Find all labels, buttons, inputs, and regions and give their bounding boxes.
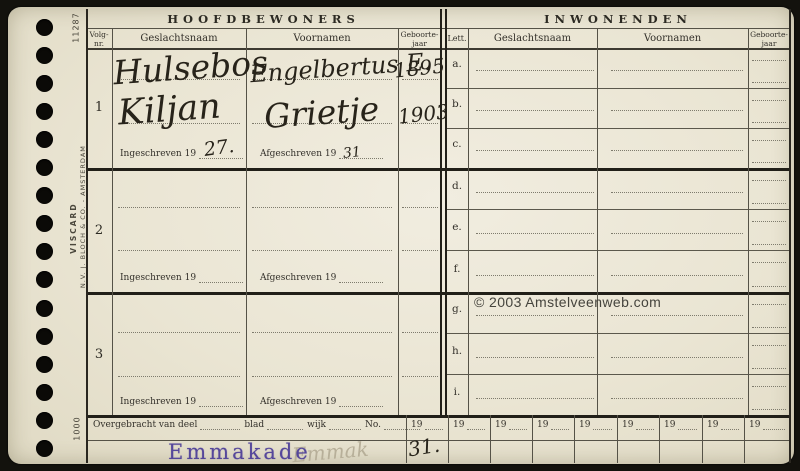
write-line: [402, 376, 438, 377]
grid-line: [446, 128, 790, 129]
afgeschreven-label-1: Afgeschreven 19: [260, 149, 383, 159]
afgeschreven-label-2: Afgeschreven 19: [260, 273, 383, 283]
section-number-2: 2: [86, 223, 112, 238]
punch-hole: [36, 271, 53, 288]
year-prefix: 19: [622, 420, 633, 430]
write-line: [752, 100, 786, 101]
year-prefix: 19: [664, 420, 675, 430]
punch-hole: [36, 300, 53, 317]
grid-line: [446, 250, 790, 251]
ingeschreven-text: Ingeschreven 19: [120, 273, 196, 283]
write-line: [611, 110, 743, 111]
year-cell: 19: [749, 420, 785, 430]
header-volgnr: Volg- nr.: [86, 31, 112, 48]
transfer-label-part: blad: [244, 420, 264, 430]
grid-line: [468, 28, 469, 415]
grid-line: [659, 415, 660, 463]
transfer-label-part: Overgebracht van deel: [93, 420, 197, 430]
write-line: [252, 376, 392, 377]
ingeschreven-text: Ingeschreven 19: [120, 397, 196, 407]
grid-line: [446, 88, 790, 89]
grid-line: [744, 415, 745, 463]
write-line: [476, 357, 594, 358]
section-divider: [86, 415, 790, 418]
write-line: [611, 192, 743, 193]
dotted-fill: [339, 397, 383, 407]
section-number-1: 1: [86, 100, 112, 115]
dotted-fill: [551, 420, 569, 430]
ingeschreven-text: Ingeschreven 19: [120, 149, 196, 159]
write-line: [752, 82, 786, 83]
write-line: [752, 221, 786, 222]
inwonenden-letter: h.: [448, 345, 466, 357]
write-line: [402, 250, 438, 251]
handwriting-afgeschreven-year: 31: [342, 145, 361, 161]
punch-hole: [36, 75, 53, 92]
grid-line: [532, 415, 533, 463]
write-line: [611, 150, 743, 151]
year-cell: 19: [664, 420, 697, 430]
dotted-fill: [199, 397, 243, 407]
transfer-label-part: No.: [365, 420, 381, 430]
grid-line: [86, 28, 790, 29]
header-lett: Lett.: [446, 34, 468, 43]
write-line: [476, 110, 594, 111]
printer-imprint: VISCARD N.V. J. BLOCH & CO. - AMSTERDAM: [69, 168, 87, 288]
punch-hole: [36, 356, 53, 373]
grid-line: [574, 415, 575, 463]
write-line: [118, 376, 240, 377]
inwonenden-letter: c.: [448, 138, 466, 150]
handwriting-geboortejaar-2: 1903: [397, 101, 450, 126]
write-line: [402, 332, 438, 333]
punch-hole: [36, 103, 53, 120]
dotted-fill: [329, 420, 361, 430]
dotted-fill: [339, 273, 383, 283]
write-line: [752, 203, 786, 204]
handwriting-voornamen-2: Grietje: [263, 92, 380, 133]
dotted-fill: [678, 420, 697, 430]
printer-name: VISCARD: [69, 168, 79, 288]
write-line: [252, 332, 392, 333]
write-line: [752, 244, 786, 245]
section-divider: [86, 292, 790, 295]
write-line: [476, 192, 594, 193]
year-cell: 19: [495, 420, 527, 430]
dotted-fill: [636, 420, 654, 430]
header-inw-geslachtsnaam: Geslachtsnaam: [468, 33, 597, 45]
write-line: [752, 304, 786, 305]
ingeschreven-label-2: Ingeschreven 19: [120, 273, 243, 283]
inwonenden-letter: d.: [448, 180, 466, 192]
grid-line: [702, 415, 703, 463]
write-line: [611, 275, 743, 276]
ingeschreven-label-3: Ingeschreven 19: [120, 397, 243, 407]
write-line: [476, 315, 594, 316]
handwriting-ingeschreven-year: 27.: [203, 137, 236, 160]
inwonenden-letter: b.: [448, 98, 466, 110]
dotted-fill: [425, 420, 443, 430]
header-geboortejaar-line2: jaar: [398, 40, 441, 49]
punch-hole: [36, 243, 53, 260]
dotted-fill: [721, 420, 739, 430]
grid-line: [446, 374, 790, 375]
year-cell: 19: [622, 420, 654, 430]
punch-hole: [36, 412, 53, 429]
punch-hole: [36, 328, 53, 345]
afgeschreven-text: Afgeschreven 19: [260, 273, 336, 283]
write-line: [402, 207, 438, 208]
year-cell: 19: [579, 420, 612, 430]
header-voornamen: Voornamen: [246, 33, 398, 45]
punch-hole: [36, 215, 53, 232]
handwriting-geslachtsnaam-2: Kiljan: [117, 89, 222, 131]
dotted-fill: [384, 420, 420, 430]
header-geslachtsnaam: Geslachtsnaam: [112, 33, 246, 45]
transfer-note: Overgebracht van deelbladwijkNo.: [93, 420, 420, 430]
grid-line: [246, 28, 247, 415]
grid-line: [597, 28, 598, 415]
write-line: [118, 250, 240, 251]
grid-line: [490, 415, 491, 463]
hoofdbewoners-title: HOOFDBEWONERS: [86, 12, 441, 26]
punch-hole: [36, 159, 53, 176]
write-line: [752, 122, 786, 123]
dotted-fill: [467, 420, 485, 430]
inwonenden-letter: i.: [448, 386, 466, 398]
grid-line: [398, 28, 399, 415]
year-cell: 19: [707, 420, 739, 430]
afgeschreven-label-3: Afgeschreven 19: [260, 397, 383, 407]
write-line: [752, 345, 786, 346]
inwonenden-letter: g.: [448, 303, 466, 315]
grid-line: [748, 28, 749, 415]
copyright-watermark: © 2003 Amstelveenweb.com: [474, 294, 661, 310]
afgeschreven-text: Afgeschreven 19: [260, 397, 336, 407]
write-line: [252, 250, 392, 251]
handwriting-house-number: 31.: [407, 435, 442, 460]
write-line: [752, 180, 786, 181]
grid-line: [446, 209, 790, 210]
section-divider: [86, 168, 790, 171]
grid-line: [448, 415, 449, 463]
handwriting-geboortejaar-1: 1895: [393, 55, 446, 80]
dotted-fill: [593, 420, 612, 430]
dotted-fill: [763, 420, 785, 430]
inwonenden-title: INWONENDEN: [446, 12, 790, 26]
year-prefix: 19: [707, 420, 718, 430]
write-line: [476, 275, 594, 276]
write-line: [752, 327, 786, 328]
write-line: [476, 398, 594, 399]
inwonenden-letter: f.: [448, 263, 466, 275]
dotted-fill: [509, 420, 527, 430]
write-line: [252, 207, 392, 208]
write-line: [752, 140, 786, 141]
write-line: [611, 315, 743, 316]
write-line: [118, 332, 240, 333]
write-line: [752, 262, 786, 263]
write-line: [752, 368, 786, 369]
punch-hole: [36, 47, 53, 64]
dotted-fill: [199, 273, 243, 283]
punch-hole: [36, 131, 53, 148]
serial-number-top: 11287: [72, 8, 81, 48]
section-number-3: 3: [86, 347, 112, 362]
header-volgnr-line2: nr.: [86, 40, 112, 49]
dotted-fill: [267, 420, 303, 430]
year-prefix: 19: [495, 420, 506, 430]
year-prefix: 19: [749, 420, 760, 430]
street-stamp: Emmakade: [168, 440, 311, 464]
write-line: [611, 398, 743, 399]
inwonenden-letter: a.: [448, 58, 466, 70]
write-line: [752, 60, 786, 61]
afgeschreven-text: Afgeschreven 19: [260, 149, 336, 159]
write-line: [611, 233, 743, 234]
photo-background: { "card": { "top_serial": "11287", "bott…: [0, 0, 800, 471]
year-prefix: 19: [537, 420, 548, 430]
write-line: [752, 286, 786, 287]
write-line: [476, 150, 594, 151]
header-inw-voornamen: Voornamen: [597, 33, 748, 45]
punch-hole: [36, 187, 53, 204]
write-line: [118, 207, 240, 208]
punch-hole: [36, 384, 53, 401]
grid-line: [446, 333, 790, 334]
write-line: [611, 357, 743, 358]
handwriting-geslachtsnaam-1: Hulsebos: [112, 46, 269, 90]
punch-hole: [36, 19, 53, 36]
write-line: [752, 409, 786, 410]
header-geboortejaar: Geboorte- jaar: [398, 31, 441, 48]
year-cell: 19: [537, 420, 569, 430]
year-prefix: 19: [453, 420, 464, 430]
transfer-label-part: wijk: [307, 420, 326, 430]
table-right-border: [789, 9, 791, 463]
write-line: [611, 70, 743, 71]
header-inw-geboortejaar: Geboorte- jaar: [748, 31, 790, 48]
serial-number-bottom: 1000: [73, 409, 82, 449]
punch-hole: [36, 440, 53, 457]
inwonenden-letter: e.: [448, 221, 466, 233]
grid-line: [112, 28, 113, 415]
grid-line: [617, 415, 618, 463]
dotted-fill: [200, 420, 240, 430]
write-line: [752, 162, 786, 163]
write-line: [476, 70, 594, 71]
write-line: [476, 233, 594, 234]
write-line: [752, 386, 786, 387]
year-cell: 19: [453, 420, 485, 430]
year-prefix: 19: [579, 420, 590, 430]
header-inw-geboortejaar-line2: jaar: [748, 40, 790, 49]
